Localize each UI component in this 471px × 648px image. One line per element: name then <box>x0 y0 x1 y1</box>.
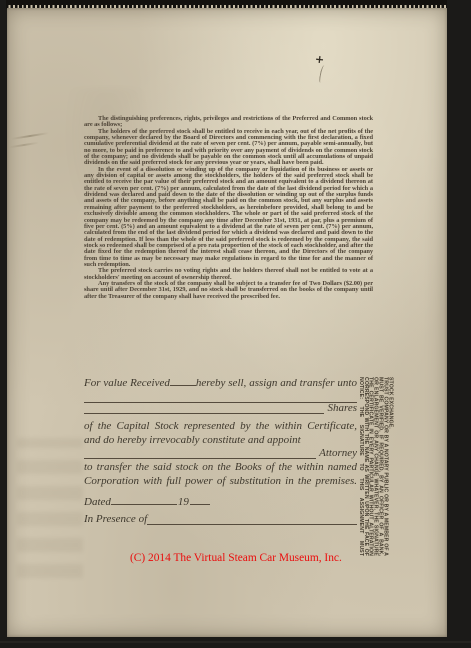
scanned-certificate-back: + The distinguishing preferences, rights… <box>0 0 471 648</box>
witness-blank-line[interactable] <box>147 513 357 525</box>
name-blank-field[interactable] <box>170 376 196 386</box>
attorney-blank-line[interactable] <box>84 447 316 459</box>
substitution-line: Corporation with full power of substitut… <box>84 475 357 487</box>
scanner-bed-line <box>0 641 471 643</box>
shares-blank-line[interactable] <box>84 402 324 414</box>
assignment-opening-line: For value Receivedhereby sell, assign an… <box>84 376 357 389</box>
pencil-streak <box>11 132 49 140</box>
shares-label: Shares <box>327 402 357 414</box>
dated-row: Dated19 <box>84 495 357 508</box>
year-blank-field[interactable] <box>190 495 210 505</box>
ink-bleed-ghost <box>17 438 83 578</box>
attorney-row: Attorney <box>84 447 357 459</box>
copyright-watermark: (C) 2014 The Virtual Steam Car Museum, I… <box>130 552 360 564</box>
shares-row: Shares <box>84 402 357 414</box>
year-prefix: 19 <box>178 496 189 508</box>
in-presence-of-label: In Presence of <box>84 513 147 525</box>
attorney-label: Attorney <box>319 447 357 459</box>
assignment-form: For value Receivedhereby sell, assign an… <box>84 8 357 637</box>
signature-notice-sideways: NOTICE: THE SIGNATURE TO THIS ASSIGNMENT… <box>358 377 399 556</box>
transfer-books-line: to transfer the said stock on the Books … <box>84 461 357 473</box>
constitute-appoint-line: and do hereby irrevocably constitute and… <box>84 434 357 446</box>
certificate-paper: + The distinguishing preferences, rights… <box>7 8 447 637</box>
sell-assign-transfer-text: hereby sell, assign and transfer unto <box>196 377 357 389</box>
for-value-received-text: For value Received <box>84 377 170 389</box>
witness-row: In Presence of <box>84 513 357 525</box>
date-blank-field[interactable] <box>111 495 177 505</box>
capital-stock-line: of the Capital Stock represented by the … <box>84 420 357 432</box>
pencil-streak <box>9 142 39 148</box>
dated-label: Dated <box>84 496 111 508</box>
